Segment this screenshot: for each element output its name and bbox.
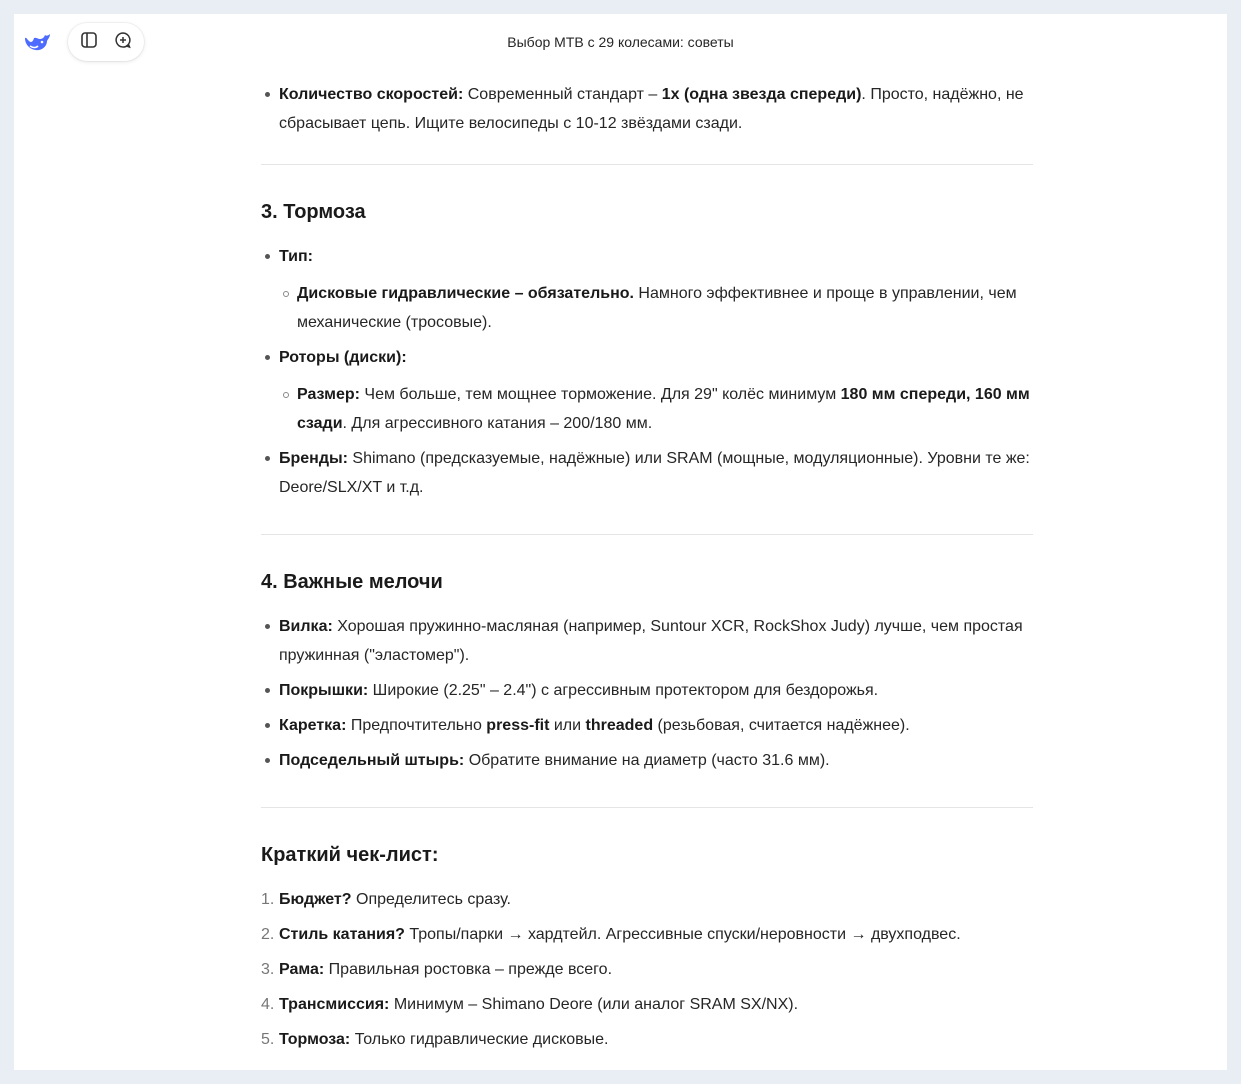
list-item: Тип: Дисковые гидравлические – обязатель… [261,242,1033,337]
item-text: Минимум – Shimano Deore (или аналог SRAM… [389,996,798,1013]
list-item: Количество скоростей: Современный станда… [261,80,1033,138]
item-label: Подседельный штырь: [279,752,464,769]
checklist-item: 1.Бюджет? Определитесь сразу. [261,885,1033,914]
item-text: Обратите внимание на диаметр (часто 31.6… [464,752,829,769]
item-text: Определитесь сразу. [352,891,511,908]
item-text: или [549,717,585,734]
item-emphasis: threaded [586,717,654,734]
list-item: Роторы (диски): Размер: Чем больше, тем … [261,343,1033,438]
list-item: Бренды: Shimano (предсказуемые, надёжные… [261,444,1033,502]
item-label: Стиль катания? [279,926,405,943]
item-number: 5. [261,1025,274,1054]
item-number: 1. [261,885,274,914]
chat-title: Выбор МТВ с 29 колесами: советы [14,34,1227,50]
section-heading-brakes: 3. Тормоза [261,198,1033,226]
item-label: Роторы (диски): [279,349,407,366]
sub-list-item: Размер: Чем больше, тем мощнее торможени… [279,380,1033,438]
item-label: Трансмиссия: [279,996,389,1013]
item-label: Тормоза: [279,1031,350,1048]
divider [261,534,1033,535]
item-text: Тропы/парки → хардтейл. Агрессивные спус… [405,926,961,943]
list-item: Вилка: Хорошая пружинно-масляная (наприм… [261,612,1033,670]
item-text: Предпочтительно [346,717,486,734]
checklist-item: 4.Трансмиссия: Минимум – Shimano Deore (… [261,990,1033,1019]
item-text: Чем больше, тем мощнее торможение. Для 2… [360,386,841,403]
list-item: Покрышки: Широкие (2.25" – 2.4") с агрес… [261,676,1033,705]
item-label: Тип: [279,248,313,265]
item-text: . Для агрессивного катания – 200/180 мм. [343,415,653,432]
sub-list-item: Дисковые гидравлические – обязательно. Н… [279,279,1033,337]
top-bar: Выбор МТВ с 29 колесами: советы [14,14,1227,70]
section-heading-checklist: Краткий чек-лист: [261,841,1033,869]
item-number: 3. [261,955,274,984]
item-label: Рама: [279,961,324,978]
item-text: Хорошая пружинно-масляная (например, Sun… [279,618,1023,664]
divider [261,807,1033,808]
item-label: Покрышки: [279,682,368,699]
divider [261,164,1033,165]
item-text: Правильная ростовка – прежде всего. [324,961,612,978]
item-text: Современный стандарт – [463,86,661,103]
item-label: Бюджет? [279,891,352,908]
item-text: (резьбовая, считается надёжнее). [653,717,910,734]
message-content: Количество скоростей: Современный станда… [261,80,1033,1060]
item-number: 4. [261,990,274,1019]
chat-window: Выбор МТВ с 29 колесами: советы Количест… [14,14,1227,1070]
item-text: Shimano (предсказуемые, надёжные) или SR… [279,450,1030,496]
checklist-item: 5.Тормоза: Только гидравлические дисковы… [261,1025,1033,1054]
item-emphasis: 1x (одна звезда спереди) [662,86,862,103]
checklist-item: 3.Рама: Правильная ростовка – прежде все… [261,955,1033,984]
item-label: Бренды: [279,450,348,467]
item-number: 2. [261,920,274,949]
item-label: Дисковые гидравлические – обязательно. [297,285,634,302]
item-text: Только гидравлические дисковые. [350,1031,608,1048]
item-label: Количество скоростей: [279,86,463,103]
list-item: Каретка: Предпочтительно press-fit или t… [261,711,1033,740]
checklist-item: 2.Стиль катания? Тропы/парки → хардтейл.… [261,920,1033,949]
item-label: Размер: [297,386,360,403]
section-heading-details: 4. Важные мелочи [261,568,1033,596]
list-item: Подседельный штырь: Обратите внимание на… [261,746,1033,775]
item-text: Широкие (2.25" – 2.4") с агрессивным про… [368,682,878,699]
item-emphasis: press-fit [486,717,549,734]
item-label: Каретка: [279,717,346,734]
item-label: Вилка: [279,618,333,635]
